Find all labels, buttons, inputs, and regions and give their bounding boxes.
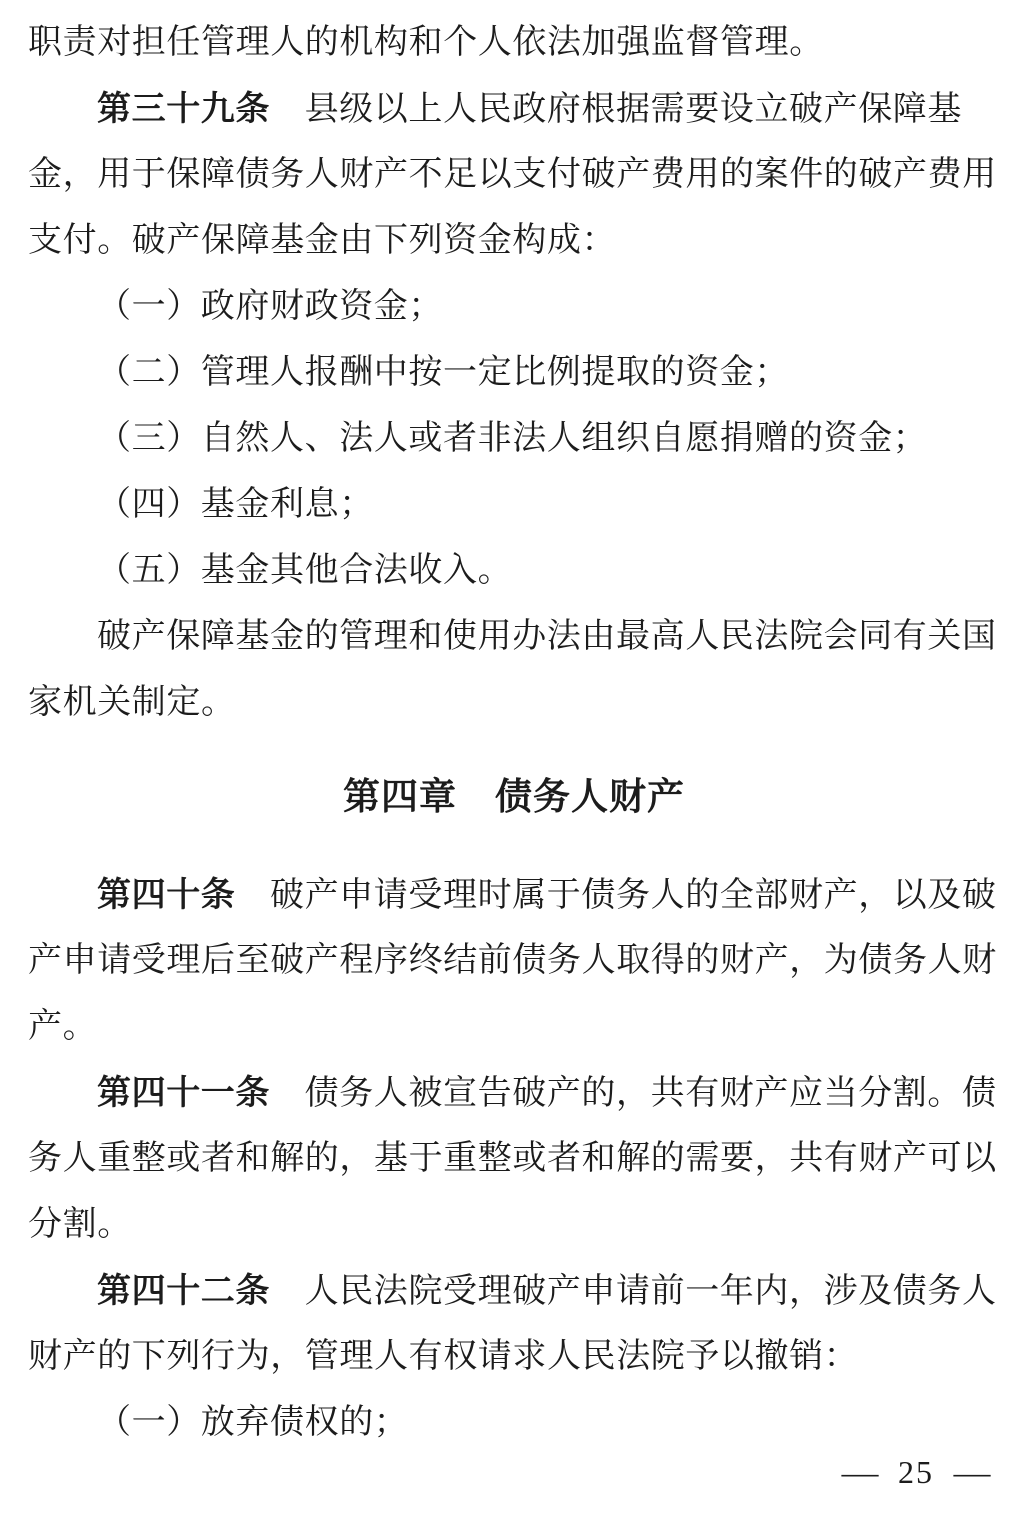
text-line: 第三十九条 县级以上人民政府根据需要设立破产保障基 [28,76,1000,142]
text-line: （五）基金其他合法收入。 [28,538,1000,604]
text-line: 第四十二条 人民法院受理破产申请前一年内，涉及债务人 [28,1258,1000,1324]
text-line: 第四十条 破产申请受理时属于债务人的全部财产，以及破 [28,862,1000,928]
text-segment: （三）自然人、法人或者非法人组织自愿捐赠的资金； [97,420,927,457]
text-segment: 破产申请受理时属于债务人的全部财产，以及破 [235,877,996,914]
text-segment: 金，用于保障债务人财产不足以支付破产费用的案件的破产费用 [28,156,997,193]
text-segment: 人民法院受理破产申请前一年内，涉及债务人 [270,1273,997,1310]
text-line: 金，用于保障债务人财产不足以支付破产费用的案件的破产费用 [28,142,1000,208]
chapter-heading: 第四章 债务人财产 [28,764,1000,830]
text-segment: 分割。 [28,1206,132,1243]
text-line: 支付。破产保障基金由下列资金构成： [28,208,1000,274]
page-number: 25 [898,1454,934,1491]
text-segment: 职责对担任管理人的机构和个人依法加强监督管理。 [28,24,824,61]
text-line: （一）放弃债权的； [28,1390,1000,1456]
article-number: 第四十二条 [97,1272,270,1310]
text-line: 务人重整或者和解的，基于重整或者和解的需要，共有财产可以 [28,1126,1000,1192]
text-segment: 产申请受理后至破产程序终结前债务人取得的财产，为债务人财 [28,942,997,979]
text-line: 职责对担任管理人的机构和个人依法加强监督管理。 [28,10,1000,76]
document-body: 职责对担任管理人的机构和个人依法加强监督管理。第三十九条 县级以上人民政府根据需… [0,0,1024,1456]
text-line: （二）管理人报酬中按一定比例提取的资金； [28,340,1000,406]
page-footer: — 25 — [844,1454,988,1491]
footer-dash-left: — [842,1454,879,1491]
document-page: 职责对担任管理人的机构和个人依法加强监督管理。第三十九条 县级以上人民政府根据需… [0,0,1024,1513]
article-number: 第四十条 [97,876,235,914]
text-line: 产。 [28,994,1000,1060]
text-segment: （一）放弃债权的； [97,1404,408,1441]
text-line: （四）基金利息； [28,472,1000,538]
chapter-heading-text: 第四章 债务人财产 [343,776,685,817]
text-segment: 支付。破产保障基金由下列资金构成： [28,222,616,259]
text-line: 破产保障基金的管理和使用办法由最高人民法院会同有关国 [28,604,1000,670]
text-line: 第四十一条 债务人被宣告破产的，共有财产应当分割。债 [28,1060,1000,1126]
text-segment: 务人重整或者和解的，基于重整或者和解的需要，共有财产可以 [28,1140,997,1177]
text-segment: 破产保障基金的管理和使用办法由最高人民法院会同有关国 [97,618,997,655]
text-segment: （四）基金利息； [97,486,374,523]
text-segment: 县级以上人民政府根据需要设立破产保障基 [270,91,962,128]
text-line: 分割。 [28,1192,1000,1258]
text-segment: 产。 [28,1008,97,1045]
text-line: 产申请受理后至破产程序终结前债务人取得的财产，为债务人财 [28,928,1000,994]
article-number: 第四十一条 [97,1074,270,1112]
text-line: （一）政府财政资金； [28,274,1000,340]
text-segment: （五）基金其他合法收入。 [97,552,512,589]
text-segment: （二）管理人报酬中按一定比例提取的资金； [97,354,789,391]
article-number: 第三十九条 [97,90,270,128]
text-line: 家机关制定。 [28,670,1000,736]
text-segment: （一）政府财政资金； [97,288,443,325]
text-segment: 家机关制定。 [28,684,236,721]
footer-dash-right: — [954,1454,991,1491]
text-segment: 财产的下列行为，管理人有权请求人民法院予以撤销： [28,1338,858,1375]
text-line: （三）自然人、法人或者非法人组织自愿捐赠的资金； [28,406,1000,472]
text-segment: 债务人被宣告破产的，共有财产应当分割。债 [270,1075,997,1112]
text-line: 财产的下列行为，管理人有权请求人民法院予以撤销： [28,1324,1000,1390]
